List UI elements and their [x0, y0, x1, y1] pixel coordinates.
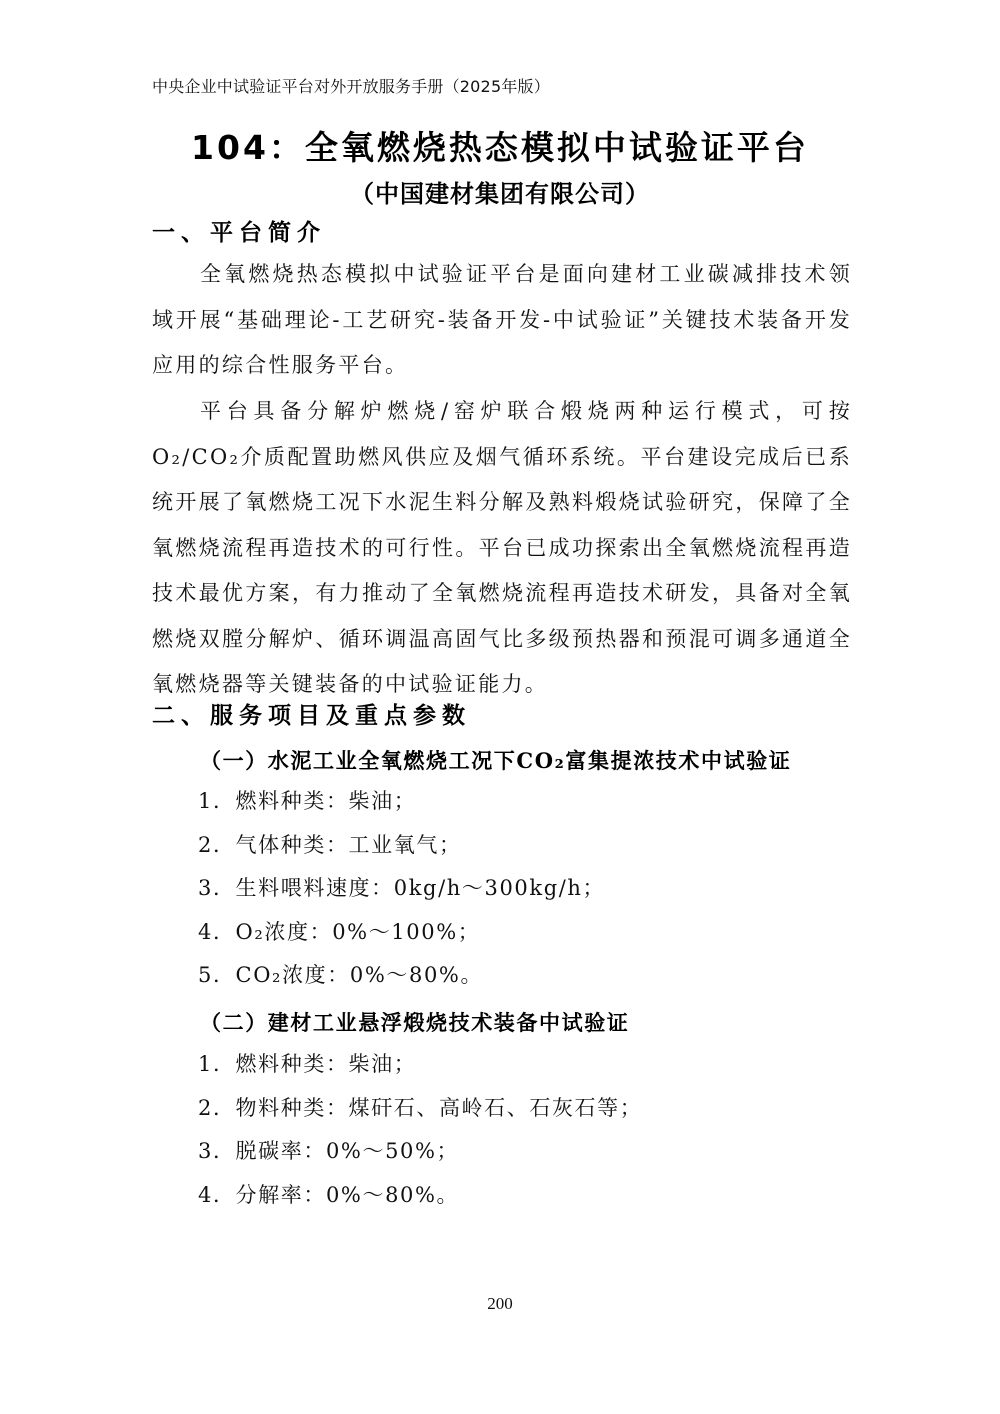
section-heading-intro: 一、平台简介 — [152, 214, 326, 247]
list-item: 2．物料种类：煤矸石、高岭石、石灰石等； — [198, 1087, 642, 1131]
list-item: 5．CO₂浓度：0%～80%。 — [198, 954, 605, 998]
list-item: 2．气体种类：工业氧气； — [198, 824, 605, 868]
list-item: 4．O₂浓度：0%～100%； — [198, 911, 605, 955]
list-item: 4．分解率：0%～80%。 — [198, 1174, 642, 1218]
list-item: 3．脱碳率：0%～50%； — [198, 1130, 642, 1174]
parameter-list-suspension-calcination: 1．燃料种类：柴油； 2．物料种类：煤矸石、高岭石、石灰石等； 3．脱碳率：0%… — [198, 1043, 642, 1217]
section-heading-services: 二、服务项目及重点参数 — [152, 697, 471, 730]
page-number: 200 — [0, 1294, 1000, 1314]
subsection-heading-suspension-calcination: （二）建材工业悬浮煅烧技术装备中试验证 — [200, 1007, 629, 1037]
running-header: 中央企业中试验证平台对外开放服务手册（2025年版） — [152, 74, 550, 97]
parameter-list-co2-enrichment: 1．燃料种类：柴油； 2．气体种类：工业氧气； 3．生料喂料速度：0kg/h～3… — [198, 780, 605, 998]
document-title: 104：全氧燃烧热态模拟中试验证平台 — [0, 122, 1000, 169]
intro-paragraph-2: 平台具备分解炉燃烧/窑炉联合煅烧两种运行模式，可按O₂/CO₂介质配置助燃风供应… — [152, 389, 852, 708]
list-item: 3．生料喂料速度：0kg/h～300kg/h； — [198, 867, 605, 911]
intro-paragraph-1: 全氧燃烧热态模拟中试验证平台是面向建材工业碳减排技术领域开展“基础理论-工艺研究… — [152, 252, 852, 389]
organization-subtitle: （中国建材集团有限公司） — [0, 174, 1000, 209]
list-item: 1．燃料种类：柴油； — [198, 1043, 642, 1087]
subsection-heading-co2-enrichment: （一）水泥工业全氧燃烧工况下CO₂富集提浓技术中试验证 — [200, 745, 791, 775]
list-item: 1．燃料种类：柴油； — [198, 780, 605, 824]
